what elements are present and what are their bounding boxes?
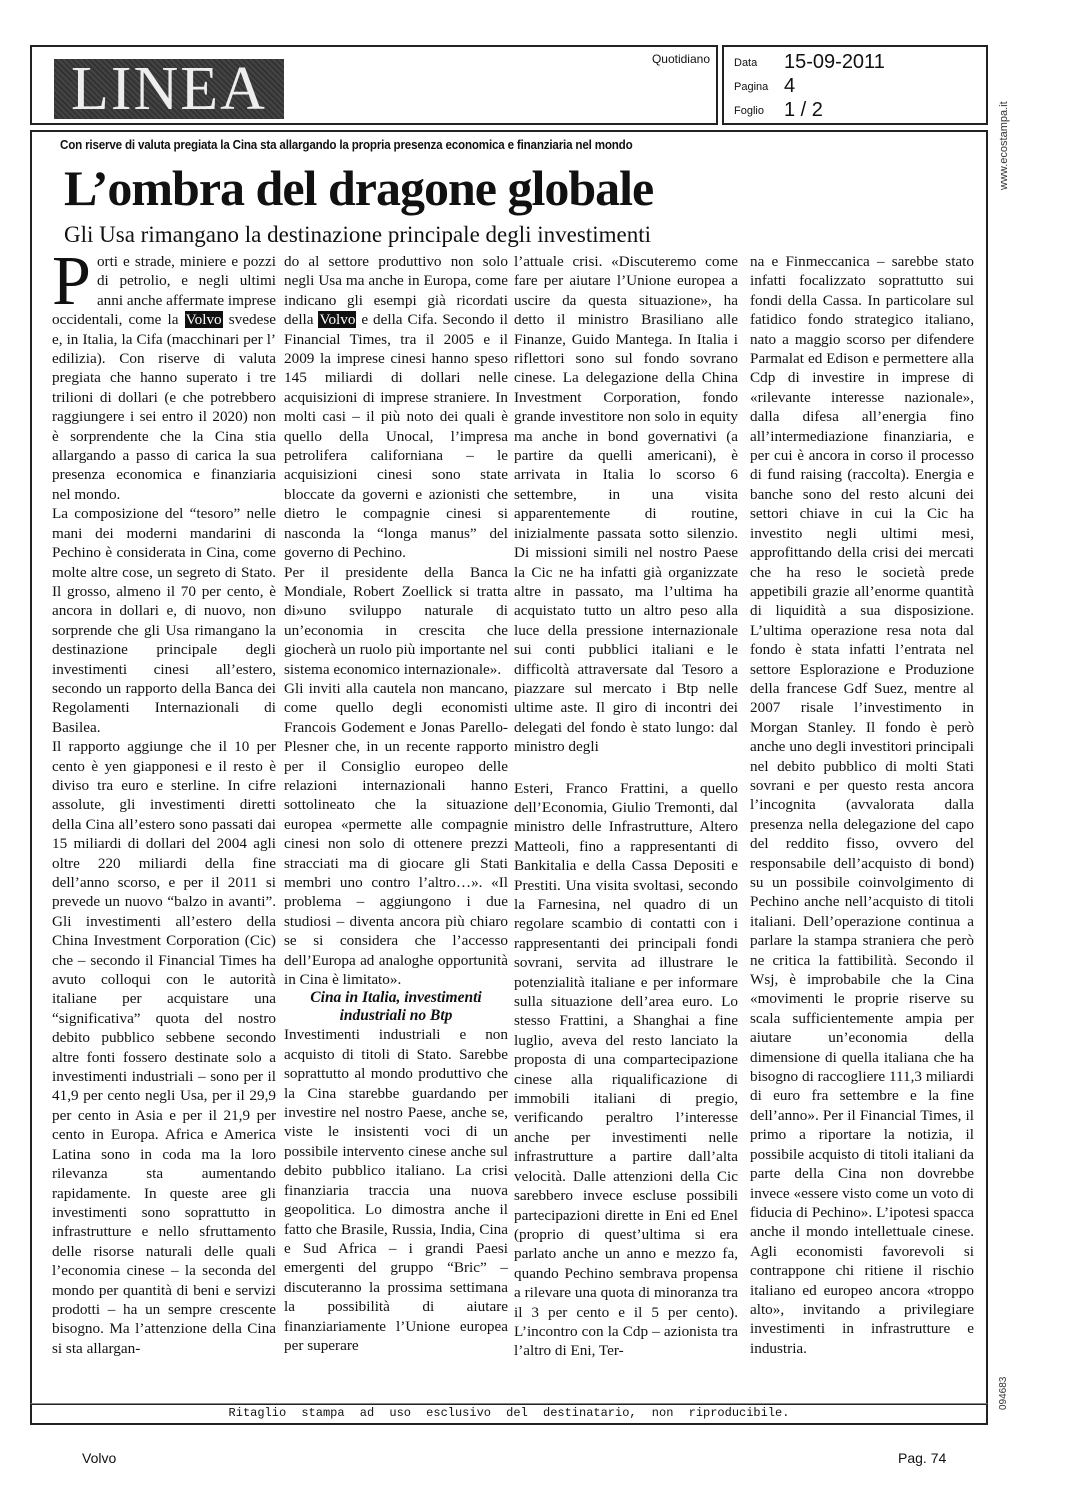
meta-date-value: 15-09-2011 — [784, 51, 885, 73]
footer-keyword: Volvo — [82, 1450, 116, 1466]
paragraph: Il rapporto aggiunge che il 10 per cento… — [52, 737, 276, 1358]
side-code: 094683 — [998, 1377, 1009, 1410]
newspaper-logo: LINEA — [54, 59, 284, 119]
publication-type: Quotidiano — [652, 52, 710, 66]
article-subheadline: Gli Usa rimangano la destinazione princi… — [64, 222, 651, 248]
meta-page-label: Pagina — [734, 81, 784, 93]
paragraph: do al settore produttivo non solo negli … — [284, 252, 508, 563]
clipping-notice: Ritaglio stampa ad uso esclusivo del des… — [30, 1403, 988, 1425]
meta-sheet-value: 1 / 2 — [784, 99, 823, 121]
paragraph: l’attuale crisi. «Discuteremo come fare … — [514, 252, 738, 757]
paragraph: Per il presidente della Banca Mondiale, … — [284, 563, 508, 679]
section-subtitle: Cina in Italia, investimenti industriali… — [284, 989, 508, 1025]
meta-box: Data15-09-2011 Pagina4 Foglio1 / 2 — [722, 45, 988, 125]
paragraph: na e Finmeccanica – sarebbe stato infatt… — [750, 252, 974, 1358]
article-column-4: na e Finmeccanica – sarebbe stato infatt… — [750, 252, 974, 1358]
article-column-1: Porti e strade, miniere e pozzi di petro… — [52, 252, 276, 1358]
column-gap — [514, 757, 738, 779]
paragraph: Investimenti industriali e non acquisto … — [284, 1025, 508, 1355]
highlighted-keyword: Volvo — [318, 311, 356, 328]
meta-date-label: Data — [734, 57, 784, 69]
article-headline: L’ombra del dragone globale — [64, 160, 653, 216]
paragraph: La composizione del “tesoro” nelle mani … — [52, 504, 276, 737]
drop-cap: P — [52, 254, 91, 310]
article-column-3: l’attuale crisi. «Discuteremo come fare … — [514, 252, 738, 1361]
paragraph: Porti e strade, miniere e pozzi di petro… — [52, 252, 276, 504]
meta-sheet-label: Foglio — [734, 105, 784, 117]
paragraph: Gli inviti alla cautela non mancano, com… — [284, 679, 508, 990]
side-url: www.ecostampa.it — [998, 101, 1010, 190]
article-column-2: do al settore produttivo non solo negli … — [284, 252, 508, 1355]
article-kicker: Con riserve di valuta pregiata la Cina s… — [60, 138, 633, 152]
meta-sheet: Foglio1 / 2 — [734, 99, 823, 122]
paragraph: Esteri, Franco Frattini, a quello dell’E… — [514, 779, 738, 1361]
meta-date: Data15-09-2011 — [734, 51, 885, 74]
highlighted-keyword: Volvo — [185, 311, 223, 328]
meta-page-value: 4 — [784, 75, 795, 97]
meta-page: Pagina4 — [734, 75, 795, 98]
footer-page-number: Pag. 74 — [898, 1450, 946, 1466]
masthead-box: LINEA Quotidiano — [30, 45, 718, 125]
